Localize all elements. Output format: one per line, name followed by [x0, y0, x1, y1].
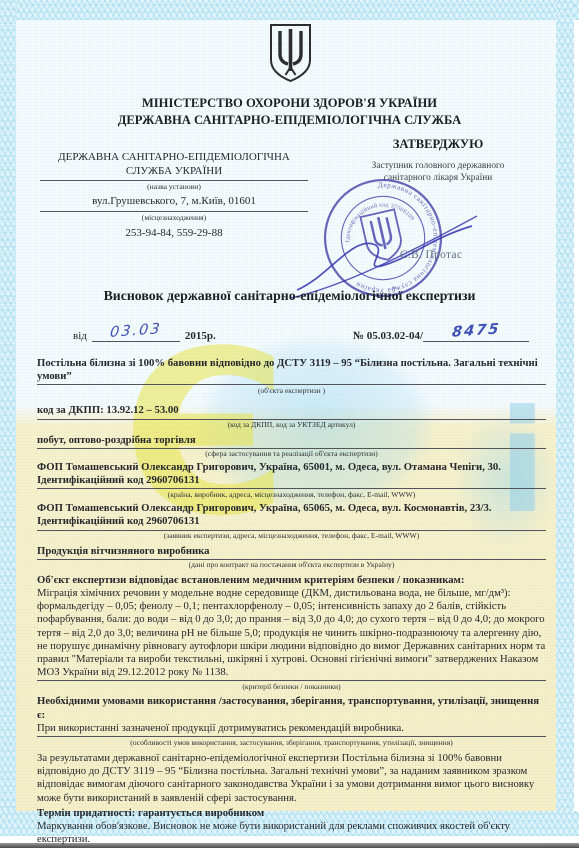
code-text: код за ДКПП: 13.92.12 – 53.00	[37, 404, 546, 419]
shelf-lead: Термін придатності: гарантується виробни…	[37, 807, 546, 820]
criteria-caption: (критерії безпеки / показники)	[37, 681, 546, 693]
shelf-text: Термін придатності: гарантується виробни…	[37, 807, 546, 849]
ministry-line2: ДЕРЖАВНА САНІТАРНО-ЕПІДЕМІОЛОГІЧНА СЛУЖБ…	[30, 112, 549, 129]
applicant-text: ФОП Томашевський Олександр Григорович, У…	[37, 502, 546, 530]
producer-caption: (країна, виробник, адреса, місцезнаходже…	[37, 489, 546, 501]
criteria-lead: Об'єкт експертизи відповідає встановлени…	[37, 574, 546, 587]
date-prefix: від	[73, 330, 87, 342]
section-producer: ФОП Томашевський Олександр Григорович, У…	[37, 461, 546, 501]
section-sphere: побут, оптово-роздрібна торгівля (сфера …	[37, 434, 546, 461]
section-criteria: Об'єкт експертизи відповідає встановлени…	[37, 574, 546, 694]
ministry-header: МІНІСТЕРСТВО ОХОРОНИ ЗДОРОВ'Я УКРАЇНИ ДЕ…	[30, 95, 549, 128]
number-handwritten: 8475	[451, 321, 501, 341]
applicant-caption: (заявник експертизи, адреса, місцезнаход…	[37, 531, 546, 543]
approve-label: ЗАТВЕРДЖУЮ	[378, 137, 498, 152]
criteria-text: Об'єкт експертизи відповідає встановлени…	[37, 574, 546, 682]
code-caption: (код за ДКПП, код за УКТЗЕД артикул)	[37, 420, 546, 432]
org-address-caption: (місцезнаходження)	[40, 212, 308, 224]
guilloche-border-right	[556, 0, 574, 836]
org-phones: 253-94-84, 559-29-88	[40, 224, 308, 239]
date-number-row: від03.032015р. № 05.03.02-04/8475	[37, 320, 546, 352]
guilloche-border-left	[0, 0, 16, 836]
org-name-line2: СЛУЖБА УКРАЇНИ	[40, 165, 308, 179]
approver-role-line1: Заступник головного державного	[338, 161, 538, 173]
contract-text: Продукція вітчизняного виробника	[37, 545, 546, 560]
sphere-text: побут, оптово-роздрібна торгівля	[37, 434, 546, 449]
object-caption: (об'єкта експертизи )	[37, 385, 546, 397]
date-group: від03.032015р.	[73, 325, 216, 342]
criteria-body: Міграція хімічних речовин у модельне вод…	[37, 587, 546, 679]
document-title: Висновок державної санітарно-епідеміолог…	[30, 288, 549, 304]
conditions-caption: (особливості умов використання, застосув…	[37, 737, 546, 749]
date-fill-line: 03.03	[92, 325, 180, 342]
section-conditions: Необхідними умовами використання /застос…	[37, 695, 546, 749]
conditions-lead: Необхідними умовами використання /застос…	[37, 695, 546, 721]
date-suffix: 2015р.	[185, 330, 216, 342]
approver-name: С.В. Протас	[400, 249, 462, 261]
org-address: вул.Грушевського, 7, м.Київ, 01601	[40, 193, 308, 212]
document-body: Постільна білизна зі 100% бавовни відпов…	[37, 357, 546, 848]
org-name-line1: ДЕРЖАВНА САНІТАРНО-ЕПІДЕМІОЛОГІЧНА	[40, 151, 308, 165]
number-fill-line: 8475	[423, 325, 529, 342]
section-shelf-life: Термін придатності: гарантується виробни…	[37, 807, 546, 849]
sphere-caption: (сфера застосування та реалізації об'єкт…	[37, 449, 546, 461]
object-text: Постільна білизна зі 100% бавовни відпов…	[37, 357, 546, 385]
section-code: код за ДКПП: 13.92.12 – 53.00 (код за ДК…	[37, 404, 546, 431]
org-name: ДЕРЖАВНА САНІТАРНО-ЕПІДЕМІОЛОГІЧНА СЛУЖБ…	[40, 151, 308, 181]
section-resolution: За результатами державної санітарно-епід…	[37, 752, 546, 805]
contract-caption: (дані про контракт на постачання об'єкта…	[37, 560, 546, 572]
conditions-body: При використанні зазначеної продукції до…	[37, 722, 546, 735]
resolution-body: За результатами державної санітарно-епід…	[37, 752, 546, 805]
producer-text: ФОП Томашевський Олександр Григорович, У…	[37, 461, 546, 489]
shelf-body: Маркування обов'язкове. Висновок не може…	[37, 820, 546, 846]
org-name-caption: (назва установи)	[40, 181, 308, 193]
number-prefix: № 05.03.02-04/	[353, 330, 423, 342]
section-applicant: ФОП Томашевський Олександр Григорович, У…	[37, 502, 546, 542]
expertise-certificate-document: Є і МІНІСТЕРСТВО ОХОРОНИ ЗДОРОВ'Я УКРАЇН…	[0, 0, 579, 850]
section-contract: Продукція вітчизняного виробника (дані п…	[37, 545, 546, 572]
number-group: № 05.03.02-04/8475	[353, 325, 529, 342]
date-handwritten: 03.03	[109, 321, 162, 341]
conditions-text: Необхідними умовами використання /застос…	[37, 695, 546, 737]
guilloche-border-top	[0, 0, 579, 20]
issuing-org-block: ДЕРЖАВНА САНІТАРНО-ЕПІДЕМІОЛОГІЧНА СЛУЖБ…	[40, 151, 308, 239]
ministry-line1: МІНІСТЕРСТВО ОХОРОНИ ЗДОРОВ'Я УКРАЇНИ	[30, 95, 549, 112]
section-object: Постільна білизна зі 100% бавовни відпов…	[37, 357, 546, 397]
